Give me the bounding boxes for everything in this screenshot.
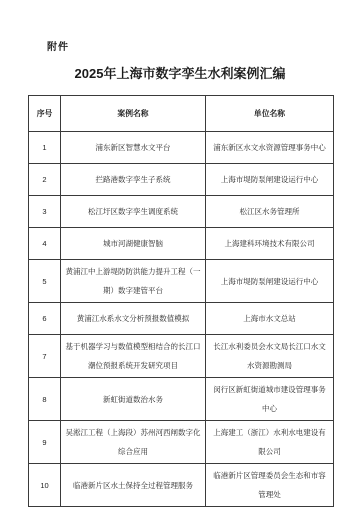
cell-unit-name: 松江区水务管理所 [206,196,334,228]
table-row: 1浦东新区智慧水文平台浦东新区水文水资源管理事务中心 [29,132,334,164]
cell-case-name: 拦路港数字孪生子系统 [61,164,206,196]
column-header-unit-name: 单位名称 [206,96,334,132]
table-row: 7基于机器学习与数值模型相结合的长江口潮位预报系统开发研究项目长江水利委员会水文… [29,335,334,378]
cell-case-name: 临港新片区水土保持全过程管理服务 [61,464,206,507]
table-row: 10临港新片区水土保持全过程管理服务临港新片区管理委员会生态和市容管理处 [29,464,334,507]
cell-no: 5 [29,260,61,303]
table-row: 5黄浦江中上游堤防防洪能力提升工程（一期）数字建管平台上海市堤防泵闸建设运行中心 [29,260,334,303]
cell-case-name: 城市河湖健康智脑 [61,228,206,260]
table-row: 8新虹街道数治水务闵行区新虹街道城市建设管理事务中心 [29,378,334,421]
table-row: 4城市河湖健康智脑上海建科环境技术有限公司 [29,228,334,260]
cell-no: 9 [29,421,61,464]
cell-case-name: 黄浦江中上游堤防防洪能力提升工程（一期）数字建管平台 [61,260,206,303]
cell-unit-name: 上海市堤防泵闸建设运行中心 [206,260,334,303]
cell-unit-name: 临港新片区管理委员会生态和市容管理处 [206,464,334,507]
cell-unit-name: 上海建科环境技术有限公司 [206,228,334,260]
cell-case-name: 浦东新区智慧水文平台 [61,132,206,164]
cell-unit-name: 闵行区新虹街道城市建设管理事务中心 [206,378,334,421]
cell-no: 10 [29,464,61,507]
cell-case-name: 黄浦江水系水文分析预报数值模拟 [61,303,206,335]
cell-unit-name: 上海市堤防泵闸建设运行中心 [206,164,334,196]
case-table: 序号 案例名称 单位名称 1浦东新区智慧水文平台浦东新区水文水资源管理事务中心2… [28,95,334,507]
page-title: 2025年上海市数字孪生水利案例汇编 [0,63,360,82]
cell-case-name: 基于机器学习与数值模型相结合的长江口潮位预报系统开发研究项目 [61,335,206,378]
cell-no: 4 [29,228,61,260]
column-header-no: 序号 [29,96,61,132]
cell-no: 7 [29,335,61,378]
cell-no: 3 [29,196,61,228]
cell-case-name: 松江圩区数字孪生调度系统 [61,196,206,228]
column-header-case-name: 案例名称 [61,96,206,132]
cell-case-name: 新虹街道数治水务 [61,378,206,421]
cell-no: 8 [29,378,61,421]
table-row: 6黄浦江水系水文分析预报数值模拟上海市水文总站 [29,303,334,335]
cell-no: 2 [29,164,61,196]
table-row: 2拦路港数字孪生子系统上海市堤防泵闸建设运行中心 [29,164,334,196]
cell-case-name: 吴淞江工程（上海段）苏州河西闸数字化综合应用 [61,421,206,464]
table-row: 3松江圩区数字孪生调度系统松江区水务管理所 [29,196,334,228]
cell-no: 6 [29,303,61,335]
cell-unit-name: 浦东新区水文水资源管理事务中心 [206,132,334,164]
document-page: 附件 2025年上海市数字孪生水利案例汇编 序号 案例名称 单位名称 1浦东新区… [0,0,360,509]
attachment-label: 附件 [47,38,69,53]
header-row: 序号 案例名称 单位名称 [29,96,334,132]
cell-unit-name: 上海市水文总站 [206,303,334,335]
case-table-body: 1浦东新区智慧水文平台浦东新区水文水资源管理事务中心2拦路港数字孪生子系统上海市… [29,132,334,507]
cell-no: 1 [29,132,61,164]
table-row: 9吴淞江工程（上海段）苏州河西闸数字化综合应用上海建工（浙江）水利水电建设有限公… [29,421,334,464]
cell-unit-name: 上海建工（浙江）水利水电建设有限公司 [206,421,334,464]
cell-unit-name: 长江水利委员会水文局长江口水文水资源勘测局 [206,335,334,378]
case-table-header: 序号 案例名称 单位名称 [29,96,334,132]
